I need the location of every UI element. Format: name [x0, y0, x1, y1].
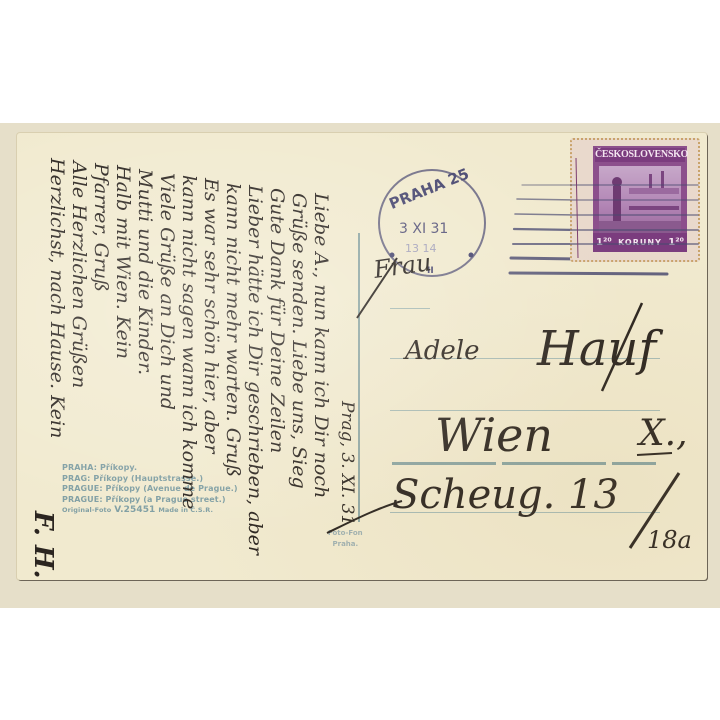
handwritten-signature: F. H. [28, 510, 58, 579]
svg-text:Lieber hätte ich Dir geschrieb: Lieber hätte ich Dir geschrieben, aber [244, 184, 266, 557]
svg-text:Scheug. 13: Scheug. 13 [392, 472, 619, 518]
svg-text:PRAHA 25: PRAHA 25 [387, 165, 472, 213]
svg-text:Adele: Adele [403, 336, 480, 366]
handwritten-message: Liebe A., nun kann ich Dir noch Grüße se… [46, 157, 332, 557]
svg-text:Mutti und die Kinder.: Mutti und die Kinder. [134, 168, 156, 375]
svg-text:Frau: Frau [371, 248, 433, 284]
postage-stamp: ČESKOSLOVENSKO 1²⁰ KORUNY 1²⁰ [570, 138, 700, 262]
svg-text:kann nicht sagen wann ich komm: kann nicht sagen wann ich komme [178, 175, 200, 509]
svg-text:Gute Dank für Deine Zeilen: Gute Dank für Deine Zeilen [266, 188, 288, 453]
svg-text:F. H.: F. H. [28, 510, 58, 579]
svg-text:Liebe A., nun kann ich Dir noc: Liebe A., nun kann ich Dir noch [310, 192, 332, 498]
svg-text:kann nicht mehr warten. Gruß: kann nicht mehr warten. Gruß [222, 183, 244, 477]
svg-text:X.,: X., [636, 413, 688, 454]
svg-text:Wien: Wien [435, 408, 553, 462]
handwritten-dateline: Prag, 3. XI. 31 [337, 400, 357, 525]
svg-text:Es war sehr schön hier, aber: Es war sehr schön hier, aber [200, 177, 222, 455]
svg-text:Halb mit Wien. Kein: Halb mit Wien. Kein [112, 164, 134, 359]
svg-text:18a: 18a [647, 526, 692, 554]
svg-text:Hauf: Hauf [536, 321, 663, 377]
stamp-cancellation-bars [570, 138, 700, 262]
svg-text:Viele Grüße an Dich und: Viele Grüße an Dich und [156, 173, 178, 410]
svg-text:Pfarrer, Gruß: Pfarrer, Gruß [90, 162, 112, 292]
svg-text:Grüße senden. Liebe uns, Sieg: Grüße senden. Liebe uns, Sieg [288, 193, 310, 489]
handwritten-address: Frau Adele Hauf Wien X., Scheug. 13 18a [327, 248, 692, 554]
svg-text:3 XI 31: 3 XI 31 [399, 221, 448, 237]
svg-text:Prag, 3. XI. 31: Prag, 3. XI. 31 [337, 400, 357, 525]
svg-text:Herzlichst, nach Hause. Kein: Herzlichst, nach Hause. Kein [46, 157, 68, 438]
postcard: PRAHA: Příkopy. PRAG: Příkopy (Hauptstra… [17, 133, 707, 580]
svg-text:Alle Herzlichen Grüßen: Alle Herzlichen Grüßen [68, 159, 90, 388]
